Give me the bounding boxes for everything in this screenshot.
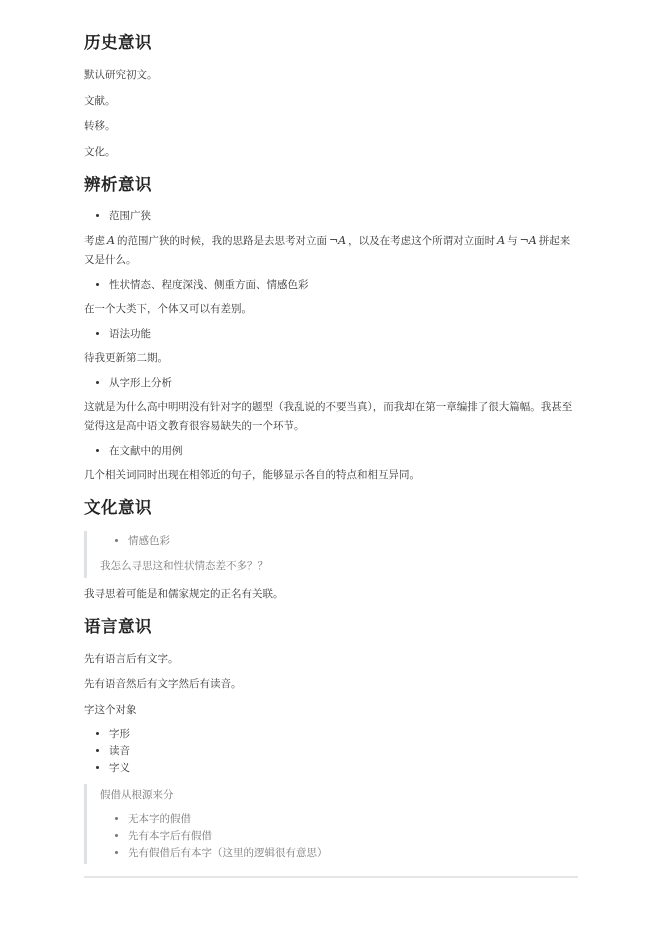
- paragraph: 转移。: [84, 117, 578, 136]
- paragraph: 文献。: [84, 92, 578, 111]
- list-item: 在文献中的用例: [109, 443, 578, 460]
- bullet-list: 情感色彩: [100, 533, 578, 550]
- section-heading: 辨析意识: [84, 172, 578, 198]
- paragraph: 我寻思着可能是和儒家规定的正名有关联。: [84, 585, 578, 604]
- bullet-list: 在文献中的用例: [84, 443, 578, 460]
- blockquote: 情感色彩 我怎么寻思这和性状情态差不多？？: [84, 531, 578, 578]
- text-fragment: 考虑: [84, 235, 105, 247]
- list-item: 字形: [109, 726, 578, 743]
- quote-paragraph: 假借从根源来分: [100, 786, 578, 805]
- bullet-list: 从字形上分析: [84, 375, 578, 392]
- bullet-list: 字形 读音 字义: [84, 726, 578, 777]
- paragraph: 待我更新第二期。: [84, 349, 578, 368]
- section-heading: 语言意识: [84, 614, 578, 640]
- text-fragment: ，以及在考虑这个所谓对立面时: [348, 235, 495, 247]
- section-heading: 历史意识: [84, 30, 578, 56]
- bullet-list: 无本字的假借 先有本字后有假借 先有假借后有本字（这里的逻辑很有意思）: [100, 811, 578, 862]
- section-culture-awareness: 文化意识 情感色彩 我怎么寻思这和性状情态差不多？？ 我寻思着可能是和儒家规定的…: [84, 495, 578, 604]
- text-fragment: 的范围广狭的时候，我的思路是去思考对立面: [117, 235, 327, 247]
- section-discrimination-awareness: 辨析意识 范围广狭 考虑A的范围广狭的时候，我的思路是去思考对立面¬A，以及在考…: [84, 172, 578, 486]
- paragraph: 先有语言后有文字。: [84, 650, 578, 669]
- math-not-A: ¬A: [327, 234, 348, 247]
- list-item: 性状情态、程度深浅、侧重方面、情感色彩: [109, 277, 578, 294]
- list-item: 先有假借后有本字（这里的逻辑很有意思）: [128, 845, 578, 862]
- math-A: A: [495, 234, 507, 247]
- paragraph: 先有语音然后有文字然后有读音。: [84, 675, 578, 694]
- section-history-awareness: 历史意识 默认研究初文。 文献。 转移。 文化。: [84, 30, 578, 162]
- list-item: 先有本字后有假借: [128, 828, 578, 845]
- paragraph-with-math: 考虑A的范围广狭的时候，我的思路是去思考对立面¬A，以及在考虑这个所谓对立面时A…: [84, 231, 578, 270]
- paragraph: 在一个大类下，个体又可以有差别。: [84, 300, 578, 319]
- list-item: 字义: [109, 760, 578, 777]
- list-item: 情感色彩: [128, 533, 578, 550]
- bullet-list: 范围广狭: [84, 208, 578, 225]
- math-not-A: ¬A: [518, 234, 539, 247]
- bullet-list: 语法功能: [84, 326, 578, 343]
- math-A: A: [105, 234, 117, 247]
- list-item: 从字形上分析: [109, 375, 578, 392]
- section-heading: 文化意识: [84, 495, 578, 521]
- list-item: 语法功能: [109, 326, 578, 343]
- paragraph: 字这个对象: [84, 701, 578, 720]
- paragraph: 几个相关词同时出现在相邻近的句子，能够显示各自的特点和相互异同。: [84, 466, 578, 485]
- text-fragment: 与: [507, 235, 518, 247]
- paragraph: 默认研究初文。: [84, 66, 578, 85]
- paragraph: 这就是为什么高中明明没有针对字的题型（我乱说的不要当真），而我却在第一章编排了很…: [84, 398, 578, 436]
- section-language-awareness: 语言意识 先有语言后有文字。 先有语音然后有文字然后有读音。 字这个对象 字形 …: [84, 614, 578, 865]
- paragraph: 文化。: [84, 143, 578, 162]
- document-body: 历史意识 默认研究初文。 文献。 转移。 文化。 辨析意识 范围广狭 考虑A的范…: [84, 30, 578, 878]
- blockquote: 假借从根源来分 无本字的假借 先有本字后有假借 先有假借后有本字（这里的逻辑很有…: [84, 784, 578, 865]
- list-item: 范围广狭: [109, 208, 578, 225]
- quote-paragraph: 我怎么寻思这和性状情态差不多？？: [100, 557, 578, 576]
- horizontal-rule: [84, 876, 578, 878]
- list-item: 无本字的假借: [128, 811, 578, 828]
- list-item: 读音: [109, 743, 578, 760]
- bullet-list: 性状情态、程度深浅、侧重方面、情感色彩: [84, 277, 578, 294]
